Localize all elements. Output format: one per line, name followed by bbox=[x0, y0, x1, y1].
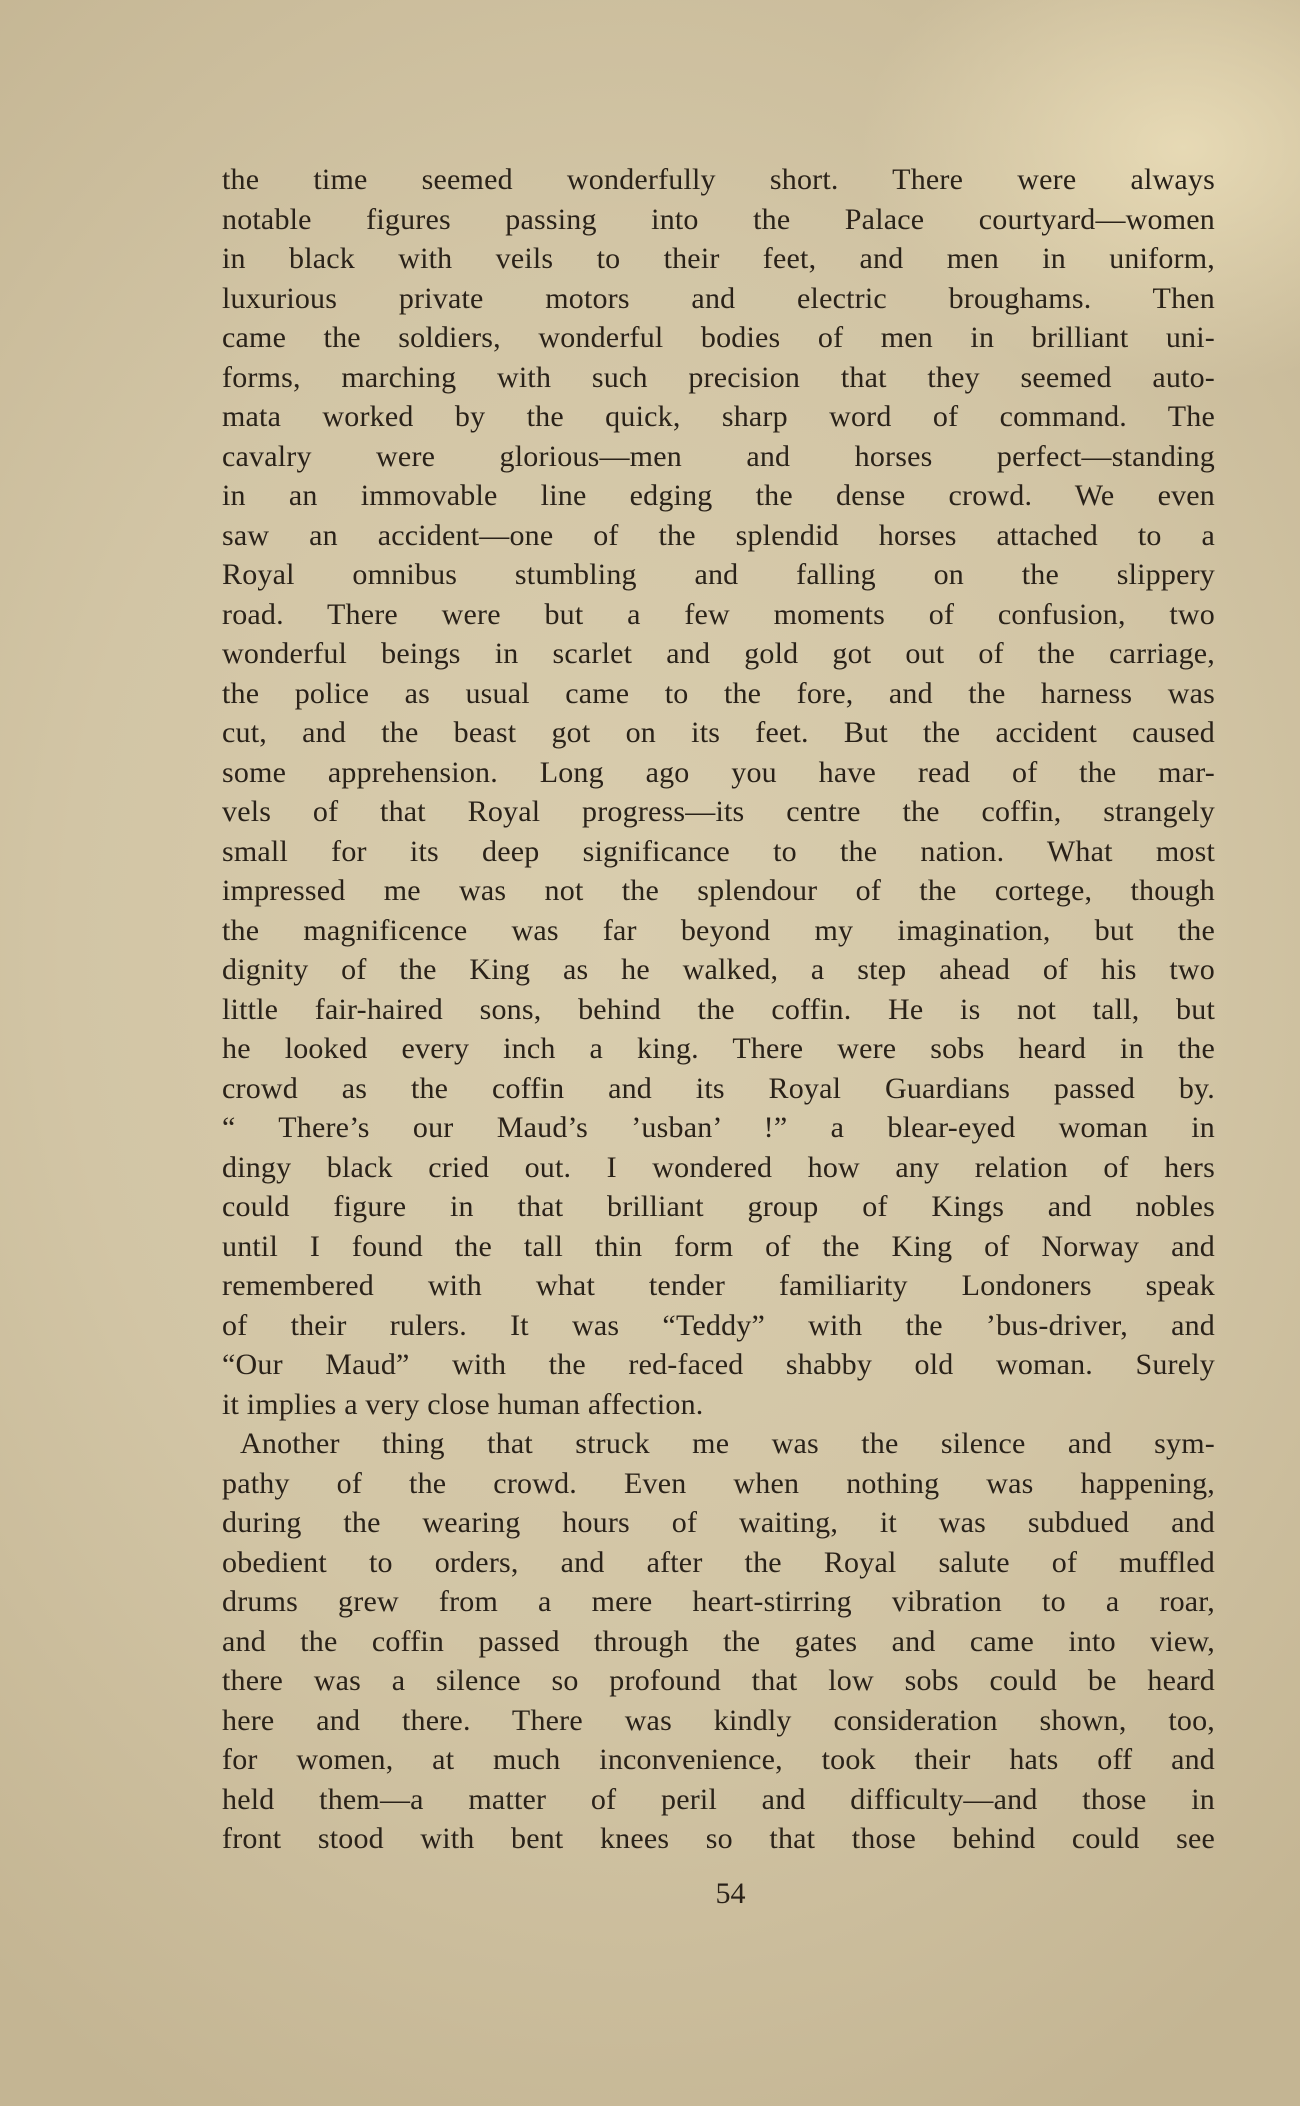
text-line: and the coffin passed through the gates … bbox=[222, 1622, 1215, 1662]
text-line: there was a silence so profound that low… bbox=[222, 1661, 1215, 1701]
text-line: road. There were but a few moments of co… bbox=[222, 595, 1215, 635]
text-line: here and there. There was kindly conside… bbox=[222, 1701, 1215, 1741]
text-line: Royal omnibus stumbling and falling on t… bbox=[222, 555, 1215, 595]
text-line: saw an accident—one of the splendid hors… bbox=[222, 516, 1215, 556]
text-line: “ There’s our Maud’s ’usban’ !” a blear-… bbox=[222, 1108, 1215, 1148]
text-line: during the wearing hours of waiting, it … bbox=[222, 1503, 1215, 1543]
text-line: cavalry were glorious—men and horses per… bbox=[222, 437, 1215, 477]
text-line: in black with veils to their feet, and m… bbox=[222, 239, 1215, 279]
text-line: the police as usual came to the fore, an… bbox=[222, 674, 1215, 714]
text-line: could figure in that brilliant group of … bbox=[222, 1187, 1215, 1227]
text-line: luxurious private motors and electric br… bbox=[222, 279, 1215, 319]
text-line: drums grew from a mere heart-stirring vi… bbox=[222, 1582, 1215, 1622]
text-line: little fair-haired sons, behind the coff… bbox=[222, 990, 1215, 1030]
text-line: vels of that Royal progress—its centre t… bbox=[222, 792, 1215, 832]
text-line: cut, and the beast got on its feet. But … bbox=[222, 713, 1215, 753]
text-line: mata worked by the quick, sharp word of … bbox=[222, 397, 1215, 437]
text-line: remembered with what tender familiarity … bbox=[222, 1266, 1215, 1306]
text-line: the magnificence was far beyond my imagi… bbox=[222, 911, 1215, 951]
text-line: the time seemed wonderfully short. There… bbox=[222, 160, 1215, 200]
text-line: forms, marching with such precision that… bbox=[222, 358, 1215, 398]
text-line: of their rulers. It was “Teddy” with the… bbox=[222, 1306, 1215, 1346]
text-line: he looked every inch a king. There were … bbox=[222, 1029, 1215, 1069]
text-line: dignity of the King as he walked, a step… bbox=[222, 950, 1215, 990]
text-line: impressed me was not the splendour of th… bbox=[222, 871, 1215, 911]
text-line: crowd as the coffin and its Royal Guardi… bbox=[222, 1069, 1215, 1109]
text-line: notable figures passing into the Palace … bbox=[222, 200, 1215, 240]
text-line: obedient to orders, and after the Royal … bbox=[222, 1543, 1215, 1583]
text-line: pathy of the crowd. Even when nothing wa… bbox=[222, 1464, 1215, 1504]
text-line: front stood with bent knees so that thos… bbox=[222, 1819, 1215, 1859]
text-line: held them—a matter of peril and difficul… bbox=[222, 1780, 1215, 1820]
text-line: Another thing that struck me was the sil… bbox=[222, 1424, 1215, 1464]
text-line: until I found the tall thin form of the … bbox=[222, 1227, 1215, 1267]
text-line: “Our Maud” with the red-faced shabby old… bbox=[222, 1345, 1215, 1385]
page-text-block: the time seemed wonderfully short. There… bbox=[222, 160, 1215, 1859]
text-line: some apprehension. Long ago you have rea… bbox=[222, 753, 1215, 793]
book-page: the time seemed wonderfully short. There… bbox=[0, 0, 1300, 2106]
text-line: in an immovable line edging the dense cr… bbox=[222, 476, 1215, 516]
page-number: 54 bbox=[222, 1874, 1215, 1914]
text-line: wonderful beings in scarlet and gold got… bbox=[222, 634, 1215, 674]
text-line: came the soldiers, wonderful bodies of m… bbox=[222, 318, 1215, 358]
text-line: small for its deep significance to the n… bbox=[222, 832, 1215, 872]
text-line: dingy black cried out. I wondered how an… bbox=[222, 1148, 1215, 1188]
text-line: for women, at much inconvenience, took t… bbox=[222, 1740, 1215, 1780]
text-line: it implies a very close human affection. bbox=[222, 1385, 1215, 1425]
